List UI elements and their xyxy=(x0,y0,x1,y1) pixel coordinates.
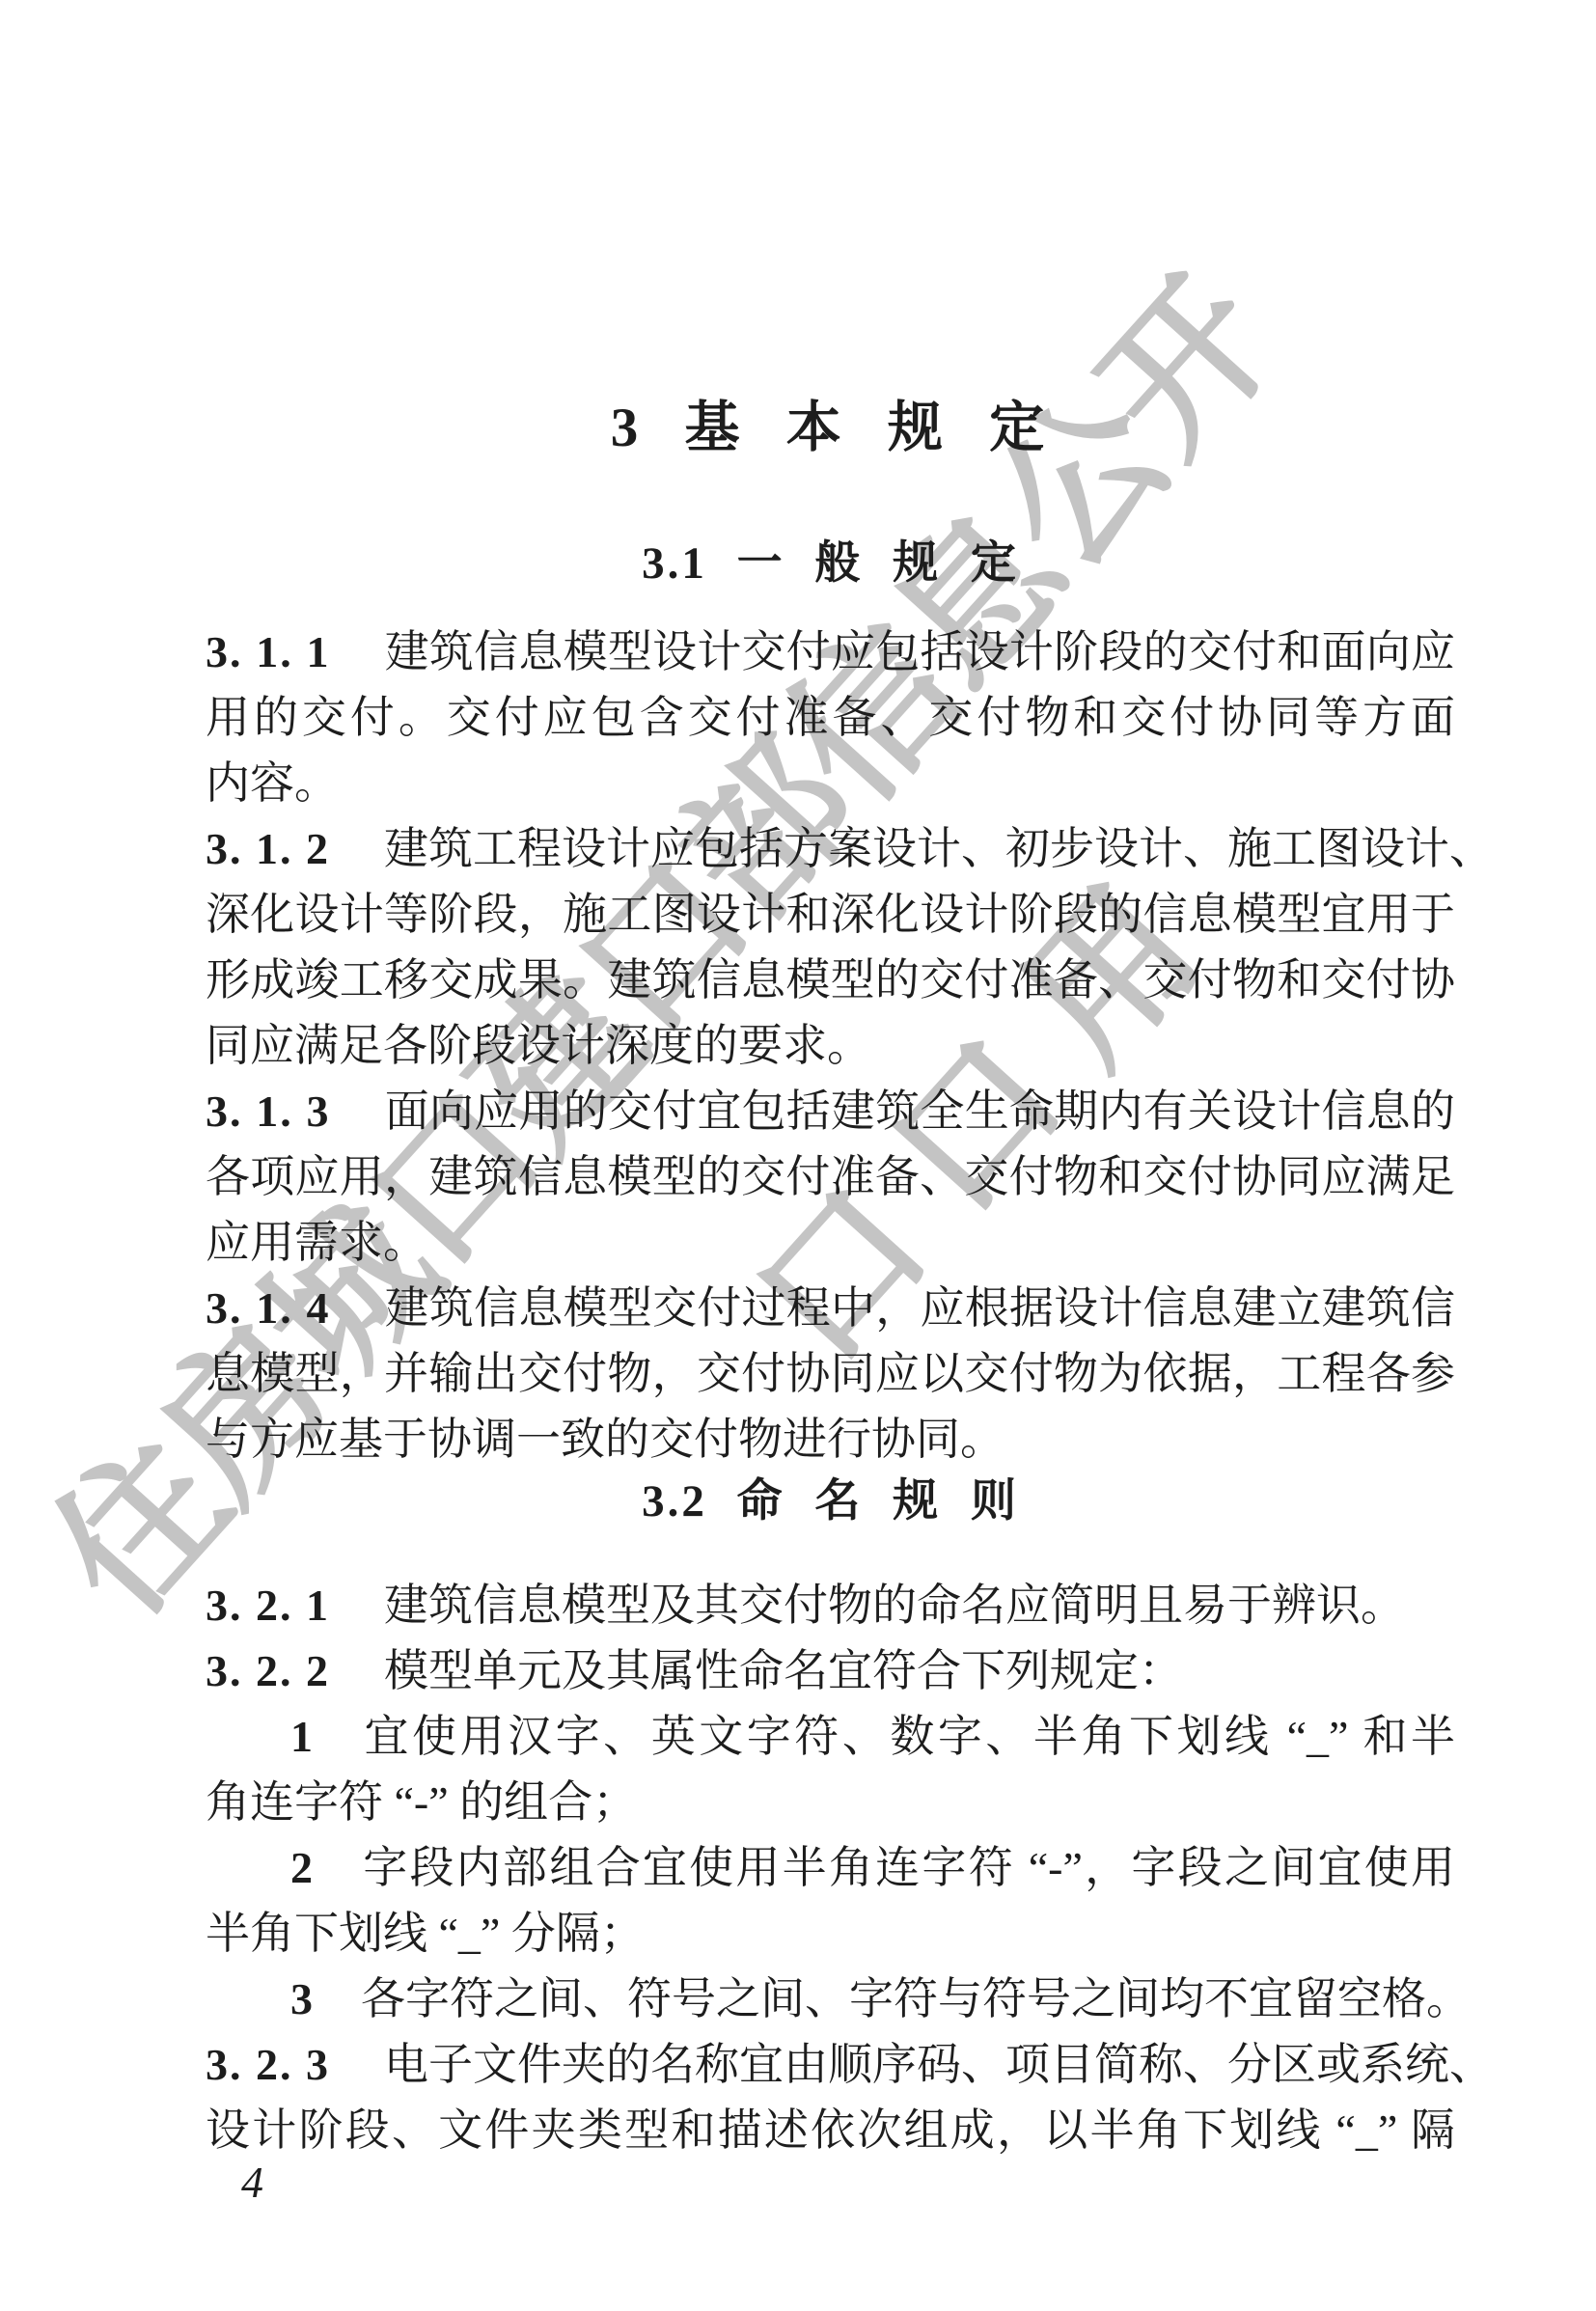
list-item-1: 1宜使用汉字、英文字符、数字、半角下划线 “_” 和半 角连字符 “-” 的组合… xyxy=(206,1704,1455,1835)
list-item-text: 角连字符 “-” 的组合； xyxy=(206,1777,637,1827)
paragraph-line: 同应满足各阶段设计深度的要求。 xyxy=(206,1013,1455,1079)
clause-number: 3. 2. 3 xyxy=(206,2040,330,2089)
list-item-line: 3各字符之间、符号之间、字符与符号之间均不宜留空格。 xyxy=(206,1967,1455,2032)
list-item-number: 2 xyxy=(290,1843,315,1892)
paragraph-line: 内容。 xyxy=(206,751,1455,816)
clause-text: 内容。 xyxy=(206,758,339,808)
paragraph-line: 各项应用，建筑信息模型的交付准备、交付物和交付协同应满足 xyxy=(206,1144,1455,1210)
paragraph-line: 用的交付。交付应包含交付准备、交付物和交付协同等方面 xyxy=(206,685,1455,751)
clause-number: 3. 1. 3 xyxy=(206,1087,330,1136)
list-item-2: 2字段内部组合宜使用半角连字符 “-”，字段之间宜使用 半角下划线 “_” 分隔… xyxy=(206,1835,1455,1967)
clause-text: 同应满足各阶段设计深度的要求。 xyxy=(206,1021,871,1070)
paragraph-line: 3. 1. 1建筑信息模型设计交付应包括设计阶段的交付和面向应 xyxy=(206,619,1455,685)
paragraph-line: 形成竣工移交成果。建筑信息模型的交付准备、交付物和交付协 xyxy=(206,948,1455,1013)
clause-text: 建筑工程设计应包括方案设计、初步设计、施工图设计、 xyxy=(384,824,1494,873)
clause-3-2-3: 3. 2. 3电子文件夹的名称宜由顺序码、项目简称、分区或系统、 设计阶段、文件… xyxy=(206,2032,1455,2163)
paragraph-line: 3. 2. 3电子文件夹的名称宜由顺序码、项目简称、分区或系统、 xyxy=(206,2032,1455,2098)
list-item-line: 2字段内部组合宜使用半角连字符 “-”，字段之间宜使用 xyxy=(206,1835,1455,1901)
list-item-number: 3 xyxy=(290,1974,315,2023)
clause-text: 电子文件夹的名称宜由顺序码、项目简称、分区或系统、 xyxy=(384,2040,1494,2089)
section-heading-3-1: 3.1 一 般 规 定 xyxy=(206,536,1455,591)
clause-text: 各项应用，建筑信息模型的交付准备、交付物和交付协同应满足 xyxy=(206,1152,1455,1201)
paragraph-line: 3. 1. 4建筑信息模型交付过程中，应根据设计信息建立建筑信 xyxy=(206,1276,1455,1341)
page-number: 4 xyxy=(241,2154,263,2212)
document-page: 住房城口建口部信息公开 口口用 3 基 本 规 定 3.1 一 般 规 定 3.… xyxy=(0,0,1596,2311)
clause-3-2-1: 3. 2. 1建筑信息模型及其交付物的命名应简明且易于辨识。 xyxy=(206,1573,1455,1638)
list-item-line: 角连字符 “-” 的组合； xyxy=(206,1770,1455,1835)
paragraph-line: 深化设计等阶段，施工图设计和深化设计阶段的信息模型宜用于 xyxy=(206,882,1455,948)
clause-number: 3. 1. 2 xyxy=(206,824,330,873)
paragraph-line: 设计阶段、文件夹类型和描述依次组成，以半角下划线 “_” 隔 xyxy=(206,2098,1455,2163)
clause-text: 与方应基于协调一致的交付物进行协同。 xyxy=(206,1415,1004,1464)
clause-text: 建筑信息模型设计交付应包括设计阶段的交付和面向应 xyxy=(384,627,1455,676)
paragraph-line: 应用需求。 xyxy=(206,1210,1455,1276)
list-item-text: 字段内部组合宜使用半角连字符 “-”，字段之间宜使用 xyxy=(361,1843,1455,1892)
list-item-text: 半角下划线 “_” 分隔； xyxy=(206,1909,645,1958)
list-item-text: 各字符之间、符号之间、字符与符号之间均不宜留空格。 xyxy=(361,1974,1471,2023)
clause-number: 3. 2. 2 xyxy=(206,1646,330,1695)
clause-text: 应用需求。 xyxy=(206,1218,427,1267)
clause-text: 用的交付。交付应包含交付准备、交付物和交付协同等方面 xyxy=(206,693,1455,742)
clause-text: 建筑信息模型及其交付物的命名应简明且易于辨识。 xyxy=(384,1581,1405,1630)
clause-text: 深化设计等阶段，施工图设计和深化设计阶段的信息模型宜用于 xyxy=(206,890,1455,939)
chapter-heading: 3 基 本 规 定 xyxy=(206,398,1455,459)
clause-text: 模型单元及其属性命名宜符合下列规定： xyxy=(384,1646,1183,1695)
clause-3-1-4: 3. 1. 4建筑信息模型交付过程中，应根据设计信息建立建筑信 息模型，并输出交… xyxy=(206,1276,1455,1472)
clause-text: 形成竣工移交成果。建筑信息模型的交付准备、交付物和交付协 xyxy=(206,955,1455,1004)
paragraph-line: 息模型，并输出交付物，交付协同应以交付物为依据，工程各参 xyxy=(206,1341,1455,1407)
clause-3-1-3: 3. 1. 3面向应用的交付宜包括建筑全生命期内有关设计信息的 各项应用，建筑信… xyxy=(206,1079,1455,1276)
list-item-line: 1宜使用汉字、英文字符、数字、半角下划线 “_” 和半 xyxy=(206,1704,1455,1770)
paragraph-line: 3. 2. 2模型单元及其属性命名宜符合下列规定： xyxy=(206,1638,1455,1704)
paragraph-line: 与方应基于协调一致的交付物进行协同。 xyxy=(206,1407,1455,1472)
clause-text: 建筑信息模型交付过程中，应根据设计信息建立建筑信 xyxy=(384,1283,1455,1333)
section-heading-3-2: 3.2 命 名 规 则 xyxy=(206,1474,1455,1528)
clause-3-2-2: 3. 2. 2模型单元及其属性命名宜符合下列规定： xyxy=(206,1638,1455,1704)
list-item-line: 半角下划线 “_” 分隔； xyxy=(206,1901,1455,1967)
clause-number: 3. 2. 1 xyxy=(206,1581,330,1630)
list-item-text: 宜使用汉字、英文字符、数字、半角下划线 “_” 和半 xyxy=(361,1712,1455,1761)
clause-text: 设计阶段、文件夹类型和描述依次组成，以半角下划线 “_” 隔 xyxy=(206,2105,1455,2155)
paragraph-line: 3. 2. 1建筑信息模型及其交付物的命名应简明且易于辨识。 xyxy=(206,1573,1455,1638)
paragraph-line: 3. 1. 2建筑工程设计应包括方案设计、初步设计、施工图设计、 xyxy=(206,816,1455,882)
clause-3-1-1: 3. 1. 1建筑信息模型设计交付应包括设计阶段的交付和面向应 用的交付。交付应… xyxy=(206,619,1455,816)
clause-text: 息模型，并输出交付物，交付协同应以交付物为依据，工程各参 xyxy=(206,1349,1455,1398)
paragraph-line: 3. 1. 3面向应用的交付宜包括建筑全生命期内有关设计信息的 xyxy=(206,1079,1455,1144)
clause-text: 面向应用的交付宜包括建筑全生命期内有关设计信息的 xyxy=(384,1087,1455,1136)
list-item-3: 3各字符之间、符号之间、字符与符号之间均不宜留空格。 xyxy=(206,1967,1455,2032)
list-item-number: 1 xyxy=(290,1712,315,1761)
clause-3-1-2: 3. 1. 2建筑工程设计应包括方案设计、初步设计、施工图设计、 深化设计等阶段… xyxy=(206,816,1455,1079)
clause-number: 3. 1. 1 xyxy=(206,627,330,676)
clause-number: 3. 1. 4 xyxy=(206,1283,330,1333)
